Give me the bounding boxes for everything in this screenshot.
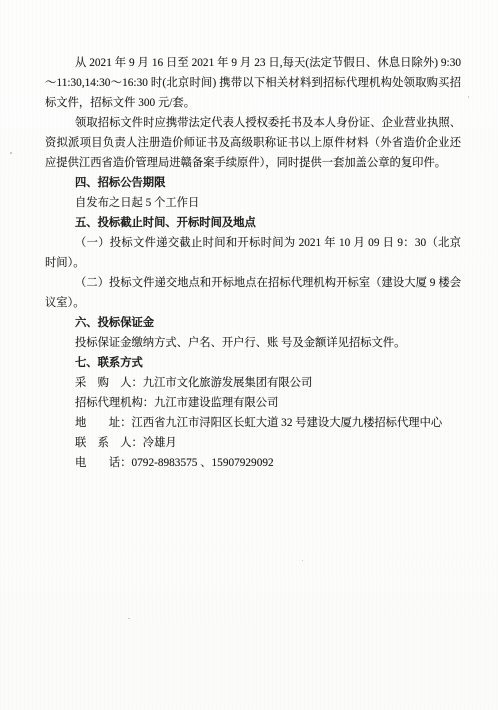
contact-label-phone: 电 话： xyxy=(75,457,132,469)
para-announcement-period: 自发布之日起 5 个工作日 xyxy=(45,193,461,213)
heading-section-4-announcement-period: 四、招标公告期限 xyxy=(45,173,461,193)
contact-value-purchaser: 九江市文化旅游发展集团有限公司 xyxy=(143,377,312,389)
heading-section-6-bid-bond: 六、投标保证金 xyxy=(45,313,461,333)
contact-label-address: 地 址： xyxy=(75,417,132,429)
contact-line-agency: 招标代理机构：九江市建设监理有限公司 xyxy=(45,393,461,413)
contact-line-purchaser: 采 购 人：九江市文化旅游发展集团有限公司 xyxy=(45,373,461,393)
scan-speck xyxy=(128,618,130,619)
contact-value-address: 江西省九江市浔阳区长虹大道 32 号建设大厦九楼招标代理中心 xyxy=(132,417,443,429)
contact-label-purchaser: 采 购 人： xyxy=(75,377,143,389)
para-document-purchase-time: 从 2021 年 9 月 16 日至 2021 年 9 月 23 日,每天(法定… xyxy=(45,53,461,113)
scan-speck xyxy=(10,152,12,154)
contact-line-address: 地 址：江西省九江市浔阳区长虹大道 32 号建设大厦九楼招标代理中心 xyxy=(45,413,461,433)
contact-label-agency: 招标代理机构： xyxy=(75,397,154,409)
scanned-document-page: 从 2021 年 9 月 16 日至 2021 年 9 月 23 日,每天(法定… xyxy=(0,0,498,710)
scan-speck xyxy=(468,96,469,98)
scan-speck xyxy=(302,560,303,561)
document-text-block: 从 2021 年 9 月 16 日至 2021 年 9 月 23 日,每天(法定… xyxy=(45,53,461,473)
heading-section-5-deadline-time-place: 五、投标截止时间、开标时间及地点 xyxy=(45,213,461,233)
heading-section-7-contact-info: 七、联系方式 xyxy=(45,353,461,373)
contact-value-phone: 0792-8983575 、15907929092 xyxy=(132,457,274,469)
para-bid-opening-location: （二）投标文件递交地点和开标地点在招标代理机构开标室（建设大厦 9 楼会议室）。 xyxy=(45,273,461,313)
contact-value-agency: 九江市建设监理有限公司 xyxy=(154,397,278,409)
para-material-requirements: 领取招标文件时应携带法定代表人授权委托书及本人身份证、企业营业执照、资拟派项目负… xyxy=(45,113,461,173)
contact-line-phone: 电 话：0792-8983575 、15907929092 xyxy=(45,453,461,473)
para-bid-bond-details: 投标保证金缴纳方式、户名、开户行、账 号及金额详见招标文件。 xyxy=(45,333,461,353)
para-bid-deadline-time: （一）投标文件递交截止时间和开标时间为 2021 年 10 月 09 日 9：3… xyxy=(45,233,461,273)
contact-value-contact-person: 冷雄月 xyxy=(143,437,177,449)
contact-label-contact-person: 联 系 人： xyxy=(75,437,143,449)
contact-line-contact-person: 联 系 人：冷雄月 xyxy=(45,433,461,453)
